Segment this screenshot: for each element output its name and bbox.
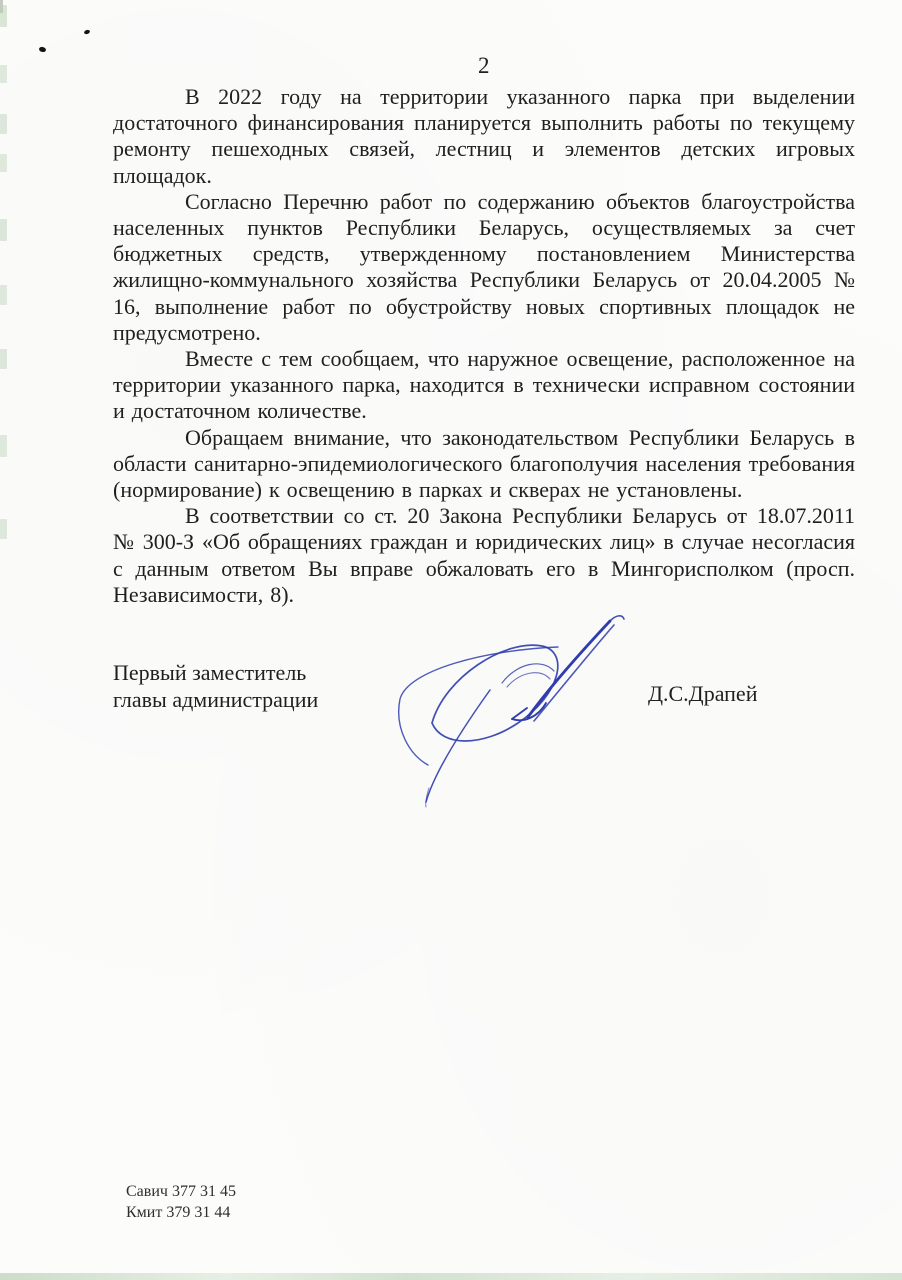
signer-title-line2: главы администрации bbox=[113, 687, 318, 714]
scan-edge-artifact bbox=[0, 435, 7, 457]
executor-contact-line2: Кмит 379 31 44 bbox=[126, 1202, 236, 1223]
scan-edge-artifact bbox=[0, 519, 7, 539]
scan-edge-artifact bbox=[0, 114, 7, 134]
signer-title-line1: Первый заместитель bbox=[113, 660, 318, 687]
scanned-letter-page: 2 В 2022 году на территории указанного п… bbox=[0, 0, 902, 1280]
scan-edge-artifact bbox=[0, 349, 7, 369]
page-number: 2 bbox=[113, 53, 855, 79]
ink-speck bbox=[38, 46, 46, 53]
paragraph-1: В 2022 году на территории указанного пар… bbox=[113, 84, 855, 189]
ink-speck bbox=[83, 29, 90, 35]
scan-edge-artifact bbox=[0, 219, 7, 241]
signer-title: Первый заместитель главы администрации bbox=[113, 660, 318, 713]
scan-edge-artifact bbox=[0, 285, 7, 305]
executor-contact-line1: Савич 377 31 45 bbox=[126, 1181, 236, 1202]
scan-bottom-edge-artifact bbox=[0, 1273, 902, 1280]
paragraph-4: Обращаем внимание, что законодательством… bbox=[113, 425, 855, 504]
signer-name: Д.С.Драпей bbox=[648, 681, 757, 707]
paragraph-3: Вместе с тем сообщаем, что наружное осве… bbox=[113, 346, 855, 425]
scan-edge-artifact bbox=[0, 65, 7, 83]
letter-body: В 2022 году на территории указанного пар… bbox=[113, 84, 855, 608]
executor-contacts: Савич 377 31 45 Кмит 379 31 44 bbox=[126, 1181, 236, 1223]
paragraph-5: В соответствии со ст. 20 Закона Республи… bbox=[113, 503, 855, 608]
handwritten-signature-ink bbox=[370, 595, 630, 815]
scan-edge-artifact bbox=[0, 154, 7, 172]
scan-edge-artifact bbox=[0, 5, 7, 27]
paragraph-2: Согласно Перечню работ по содержанию объ… bbox=[113, 189, 855, 346]
